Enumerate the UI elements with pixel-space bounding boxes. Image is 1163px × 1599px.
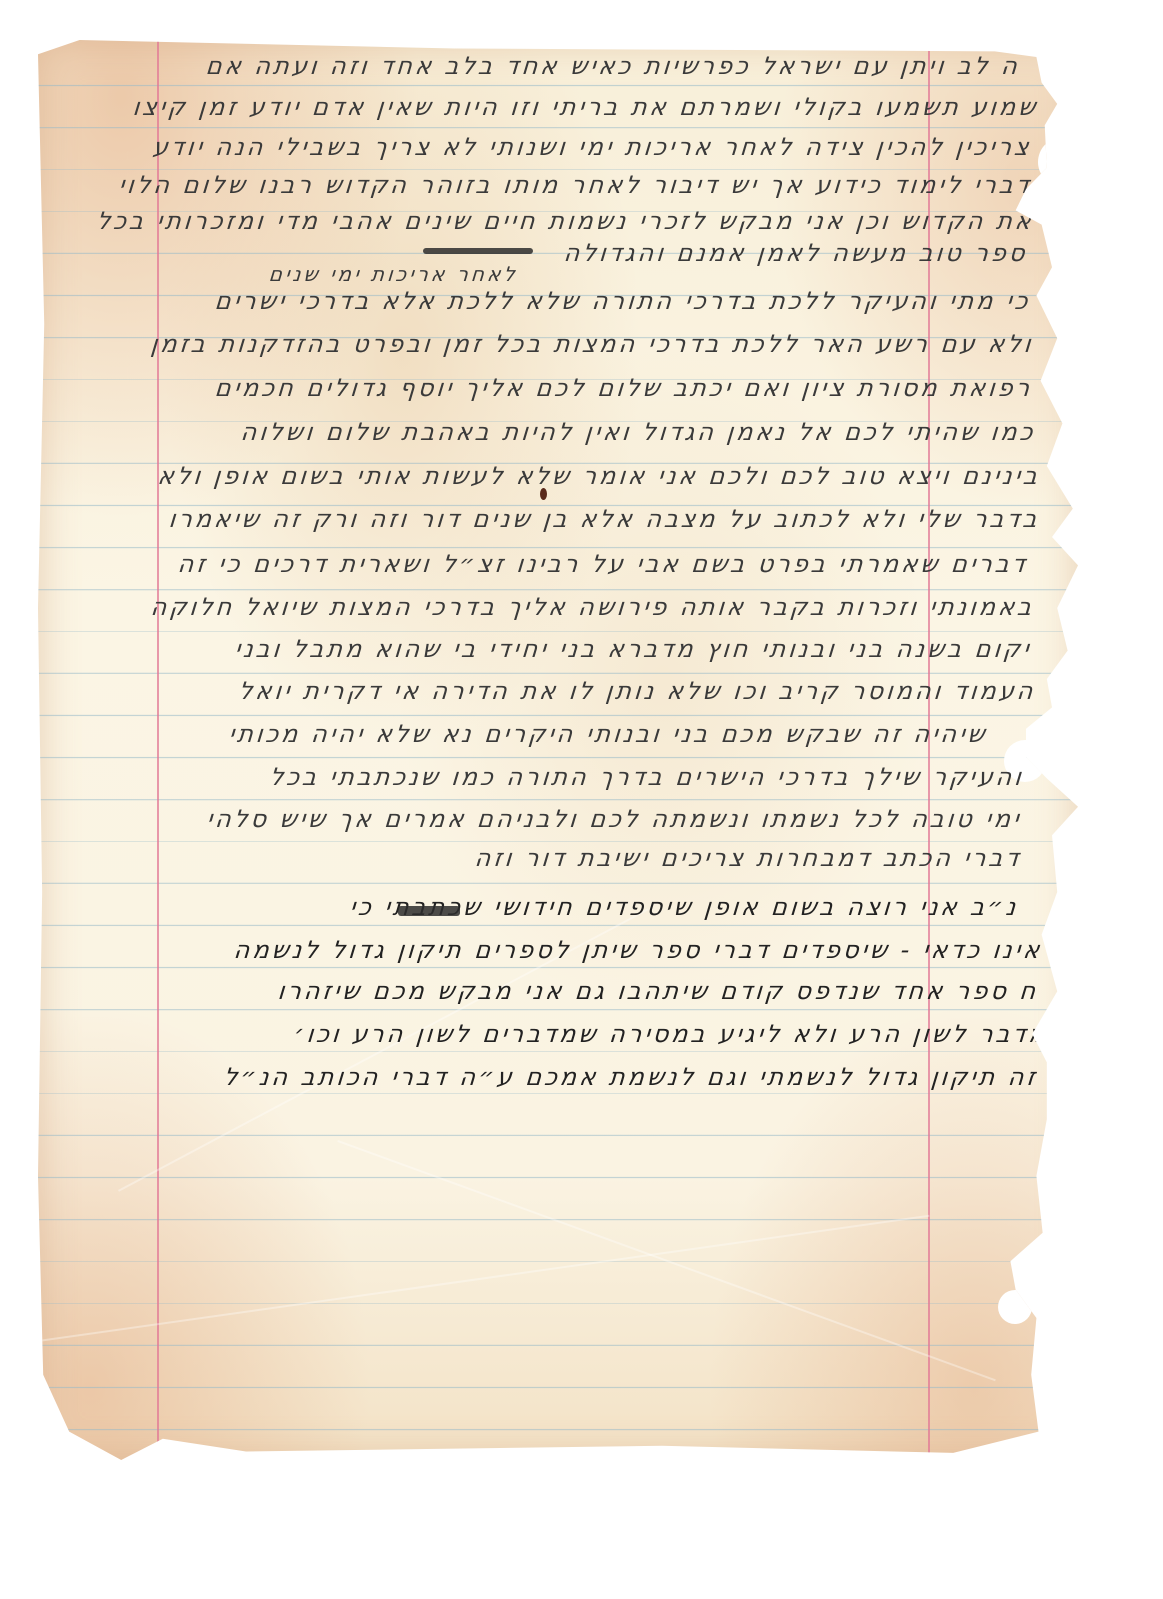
text-line: דברי הכתב דמבחרות צריכים ישיבת דור וזה (474, 844, 1024, 872)
strikethrough-mark (398, 906, 460, 916)
letter-page: ה לב ויתן עם ישראל כפרשיות כאיש אחד בלב … (38, 40, 1078, 1460)
text-line: צריכין להכין צידה לאחר אריכות ימי ושנותי… (152, 133, 1034, 161)
text-line: רפואת מסורת ציון ואם יכתב שלום לכם אליך … (213, 374, 1033, 402)
text-line: יקום בשנה בני ובנותי חוץ מדברא בני יחידי… (234, 635, 1034, 663)
postscript-line: מדבר לשון הרע ולא ליגיע במסירה שמדברים ל… (292, 1020, 1049, 1048)
strikethrough-mark (423, 248, 533, 254)
text-line: ימי טובה לכל נשמתו ונשמתה לכם ולבניהם אמ… (206, 805, 1024, 833)
text-line: העמוד והמוסר קריב וכו שלא נותן לו את הדי… (238, 677, 1038, 705)
text-line: ולא עם רשע האר ללכת בדרכי המצות בכל זמן … (150, 330, 1036, 358)
text-line: בינינם ויצא טוב לכם ולכם אני אומר שלא לע… (156, 462, 1041, 490)
text-line-insertion: לאחר אריכות ימי שנים (268, 262, 519, 286)
text-line: ספר טוב מעשה לאמן אמנם והגדולה (563, 239, 1030, 267)
ink-blot (540, 488, 547, 500)
text-line: דברי לימוד כידוע אך יש דיבור לאחר מותו ב… (117, 171, 1033, 199)
text-line: כמו שהיתי לכם אל נאמן הגדול ואין להיות ב… (240, 418, 1037, 446)
text-line: כי מתי והעיקר ללכת בדרכי התורה שלא ללכת … (213, 287, 1031, 315)
text-line: בדבר שלי ולא לכתוב על מצבה אלא בן שנים ד… (168, 505, 1042, 533)
postscript-line: אינו כדאי - שיספדים דברי ספר שיתן לספרים… (232, 936, 1043, 964)
postscript-line: ח ספר אחד שנדפס קודם שיתהבו גם אני מבקש … (276, 977, 1039, 1005)
text-line: שיהיה זה שבקש מכם בני ובנותי היקרים נא ש… (228, 720, 990, 748)
left-margin-line (157, 40, 159, 1460)
text-line: ה לב ויתן עם ישראל כפרשיות כאיש אחד בלב … (204, 52, 1021, 80)
text-line: שמוע תשמעו בקולי ושמרתם את בריתי וזו היו… (131, 93, 1039, 121)
text-line: את הקדוש וכן אני מבקש לזכרי נשמות חיים ש… (95, 207, 1035, 235)
binder-hole-torn (1038, 138, 1084, 186)
text-line: באמונתי וזכרות בקבר אותה פירושה אליך בדר… (149, 593, 1035, 621)
text-line: דברים שאמרתי בפרט בשם אבי על רבינו זצ״ל … (176, 550, 1029, 578)
postscript-line: זה תיקון גדול לנשמתי וגם לנשמת אמכם ע״ה … (222, 1063, 1039, 1091)
binder-hole (998, 1290, 1032, 1324)
text-line: והעיקר שילך בדרכי הישרים בדרך התורה כמו … (268, 763, 1025, 791)
